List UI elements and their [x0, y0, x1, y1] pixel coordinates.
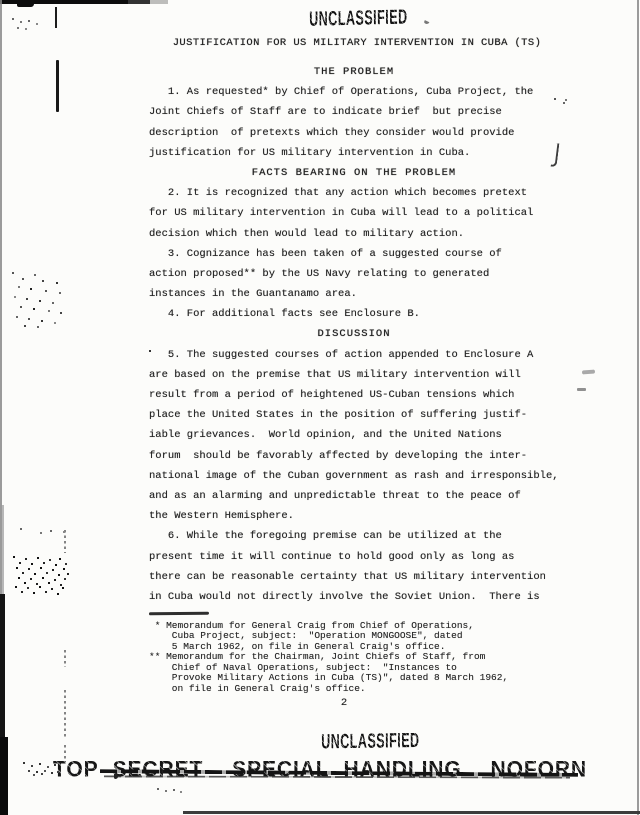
body-line: description of pretexts which they consi…	[149, 123, 579, 143]
body-line: 4. For additional facts see Enclosure B.	[149, 304, 579, 324]
scan-artifact-comma-mark	[424, 20, 430, 25]
body-line: national image of the Cuban government a…	[149, 466, 579, 486]
body-line: justification for US military interventi…	[149, 143, 579, 163]
body-line: the Western Hemisphere.	[149, 506, 579, 526]
scan-artifact-vertical-mark-top	[55, 7, 57, 28]
scan-artifact-speckle-row	[23, 762, 25, 764]
footnote-lines: * Memorandum for General Craig from Chie…	[149, 621, 508, 694]
body-line: 6. While the foregoing premise can be ut…	[149, 526, 579, 546]
body-line: instances in the Guantanamo area.	[149, 284, 579, 304]
footnote-separator-rule	[149, 612, 209, 616]
body-line: forum should be favorably affected by de…	[149, 446, 579, 466]
scan-artifact-crease-dash	[64, 530, 66, 553]
scan-artifact-speckles-topleft	[12, 18, 14, 20]
scan-artifact-speckles-bottom	[157, 788, 159, 790]
body-line: in Cuba would not directly involve the S…	[149, 587, 579, 607]
body-line: present time it will continue to hold go…	[149, 547, 579, 567]
body-line: place the United States in the position …	[149, 405, 579, 425]
body-line: Joint Chiefs of Staff are to indicate br…	[149, 102, 579, 122]
body-line: iable grievances. World opinion, and the…	[149, 425, 579, 445]
scan-artifact-top-blob	[17, 0, 34, 7]
scan-artifact-dot	[149, 350, 151, 352]
body-line: 5. The suggested courses of action appen…	[149, 345, 579, 365]
scan-artifact-crease-dash	[64, 690, 66, 737]
body-line: FACTS BEARING ON THE PROBLEM	[139, 163, 569, 183]
footnote-line: on file in General Craig's office.	[149, 684, 508, 694]
body-line: there can be reasonable certainty that U…	[149, 567, 579, 587]
body-line: decision which then would lead to milita…	[149, 224, 579, 244]
scan-artifact-smudge-small	[577, 388, 586, 391]
scan-artifact-speckle-cluster-dense	[13, 556, 15, 558]
scan-artifact-speckles-right	[554, 98, 556, 100]
body-lines: THE PROBLEM 1. As requested* by Chief of…	[149, 62, 579, 607]
unclassified-stamp-top: UNCLASSIFIED	[309, 5, 408, 31]
scan-artifact-crease-dash	[64, 745, 66, 762]
body-line: 3. Cognizance has been taken of a sugges…	[149, 244, 579, 264]
document-title: JUSTIFICATION FOR US MILITARY INTERVENTI…	[149, 37, 565, 49]
scan-artifact-bottom-rule	[183, 811, 640, 814]
scanned-document-page: UNCLASSIFIED JUSTIFICATION FOR US MILITA…	[0, 0, 640, 815]
body-line: DISCUSSION	[139, 324, 569, 344]
body-line: 2. It is recognized that any action whic…	[149, 183, 579, 203]
scan-artifact-left-edge-bar-bottom	[0, 737, 8, 815]
scan-artifact-vertical-mark	[56, 60, 59, 112]
scan-artifact-right-edge-line	[637, 0, 639, 815]
body-line: are based on the premise that US militar…	[149, 365, 579, 385]
unclassified-stamp-bottom: UNCLASSIFIED	[321, 729, 419, 754]
scan-artifact-crease-dash	[64, 650, 66, 667]
body-line: action proposed** by the US Navy relatin…	[149, 264, 579, 284]
body-line: THE PROBLEM	[139, 62, 569, 82]
scan-artifact-left-edge-mid	[0, 505, 4, 597]
scan-artifact-smudge	[582, 370, 595, 375]
body-line: for US military intervention in Cuba wil…	[149, 203, 579, 223]
body-line: and as an alarming and unpredictable thr…	[149, 486, 579, 506]
body-line: result from a period of heightened US-Cu…	[149, 385, 579, 405]
scan-artifact-speckle-cluster	[12, 272, 14, 274]
body-line: 1. As requested* by Chief of Operations,…	[149, 82, 579, 102]
page-number: 2	[149, 697, 539, 709]
scan-artifact-speckles-left	[20, 528, 22, 530]
